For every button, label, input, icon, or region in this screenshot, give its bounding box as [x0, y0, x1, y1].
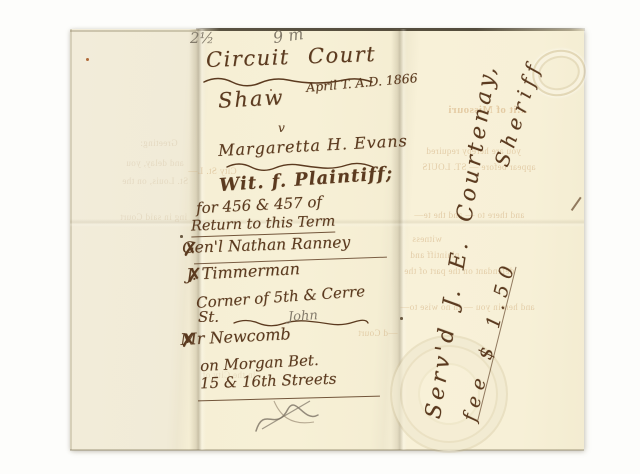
bleedthrough-line: ing in said Court — [120, 213, 187, 222]
bleedthrough-line: —d Court — [358, 329, 397, 338]
bleedthrough-line: and herein you — in no wise to— — [400, 303, 535, 312]
paper-bottom-edge — [70, 449, 584, 451]
bleedthrough-line: and delay, you — [126, 159, 184, 168]
pencil-docket-number: 2½ — [190, 31, 214, 46]
stray-ink-stroke — [571, 197, 581, 211]
paper-top-edge-left-panel — [70, 30, 196, 32]
defendant-name: Margaretta H. Evans — [218, 133, 408, 159]
paper-speck — [86, 58, 89, 61]
witness-name: Gen'l Nathan Ranney — [182, 235, 350, 256]
witness-address-line: Corner of 5th & Cerre — [196, 284, 366, 311]
bleedthrough-line: witness — [412, 235, 442, 244]
plaintiff-name: Shaw — [217, 87, 284, 111]
paper-left-edge — [70, 29, 72, 450]
witness-name: J. Timmerman — [186, 261, 300, 283]
folded-court-document: Greeting: and delay, you St. Louis, on t… — [70, 29, 584, 450]
witness-address-line: 15 & 16th Streets — [200, 372, 337, 392]
bleedthrough-line: St. Louis, on the — [122, 177, 188, 186]
witness-name: Mr Newcomb — [180, 326, 291, 348]
witness-address-line: St. — [198, 310, 219, 325]
court-name: Circuit Court — [206, 44, 377, 71]
pencil-name-overlay: John — [288, 309, 318, 324]
pencil-scribble — [246, 393, 330, 439]
bleedthrough-line: Greeting: — [140, 139, 178, 148]
versus-marker: v — [278, 122, 285, 134]
paper-speck — [400, 317, 403, 320]
pencil-docket-note: 9 m — [272, 26, 304, 46]
case-numbers-line: for 456 & 457 of — [196, 195, 323, 217]
scan-background: Greeting: and delay, you St. Louis, on t… — [0, 0, 640, 474]
paper-speck — [180, 235, 183, 238]
